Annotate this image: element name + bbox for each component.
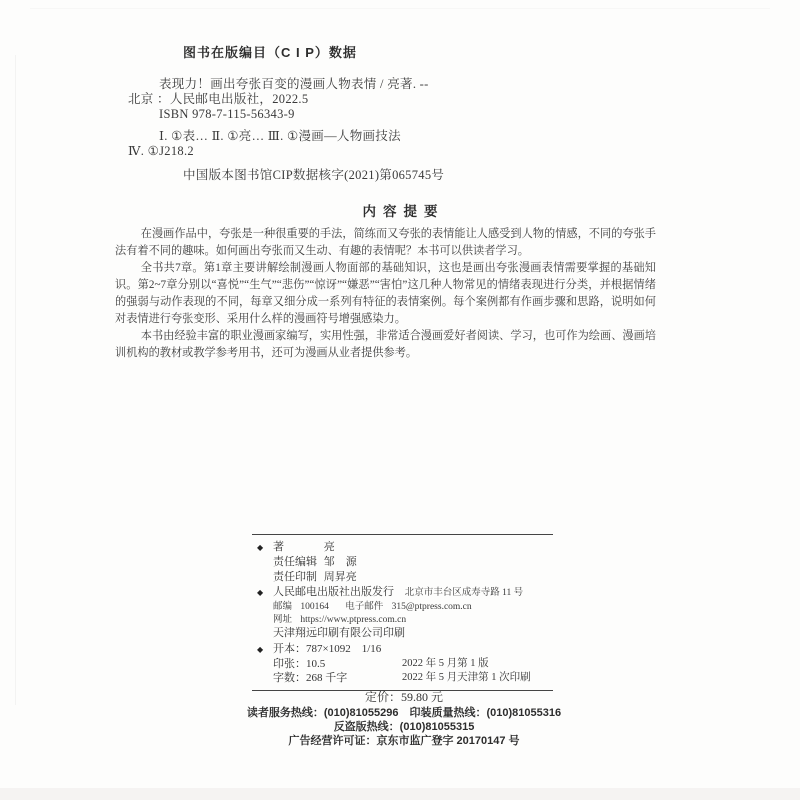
cip-classification-line-1: Ⅰ. ①表… Ⅱ. ①亮… Ⅲ. ①漫画—人物画技法	[128, 129, 444, 144]
editor-row: 责任编辑 邹 源	[252, 555, 553, 570]
editor-name: 邹 源	[324, 556, 357, 568]
publisher-name: 人民邮电出版社出版发行	[273, 586, 394, 598]
author-name: 亮	[324, 541, 335, 553]
content-summary-title: 内容提要	[0, 200, 800, 220]
colophon-block: ◆ 著 亮 责任编辑 邹 源 责任印制 周昇亮 ◆ 人民邮电出版社出版发行 北京…	[252, 534, 553, 691]
website-label: 网址	[273, 615, 292, 625]
publisher-row: ◆ 人民邮电出版社出版发行 北京市丰台区成寿寺路 11 号	[252, 585, 553, 601]
ad-license-line: 广告经营许可证：京东市监广登字 20170147 号	[0, 732, 800, 748]
page-edge-shadow-bottom	[0, 788, 800, 800]
printing-company: 天津翔远印刷有限公司印刷	[273, 627, 405, 639]
diamond-bullet-icon: ◆	[257, 644, 263, 655]
print-supervisor-label: 责任印制	[273, 570, 321, 585]
sheets-value: 印张：10.5	[273, 658, 325, 670]
editor-label: 责任编辑	[273, 555, 321, 570]
postcode-value: 100164	[300, 602, 329, 612]
cip-record-line: 中国版本图书馆CIP数据核字(2021)第065745号	[128, 168, 444, 183]
print-supervisor-name: 周昇亮	[324, 571, 357, 583]
sheets-edition-row: 印张：10.5 2022 年 5 月第 1 版	[252, 657, 553, 671]
page-edge-shadow-left	[15, 55, 16, 705]
cip-title-line: 表现力！画出夸张百变的漫画人物表情 / 亮著. --	[128, 77, 444, 92]
email-value: 315@ptpress.com.cn	[392, 602, 472, 612]
cip-classification-line-2: Ⅳ. ①J218.2	[128, 144, 444, 159]
printing-company-row: 天津翔远印刷有限公司印刷	[252, 626, 553, 640]
cip-isbn-line: ISBN 978-7-115-56343-9	[128, 107, 444, 122]
summary-paragraph-3: 本书由经验丰富的职业漫画家编写，实用性强，非常适合漫画爱好者阅读、学习，也可作为…	[115, 328, 656, 362]
print-supervisor-row: 责任印制 周昇亮	[252, 570, 553, 585]
summary-paragraph-1: 在漫画作品中，夸张是一种很重要的手法，简练而又夸张的表情能让人感受到人物的情感，…	[115, 226, 656, 260]
format-row: ◆ 开本：787×1092 1/16	[252, 642, 553, 657]
cip-header: 图书在版编目（C I P）数据	[183, 45, 444, 60]
price-line: 定价：59.80 元	[0, 688, 800, 705]
website-row: 网址 https://www.ptpress.com.cn	[252, 614, 553, 626]
format-value: 开本：787×1092 1/16	[273, 643, 381, 655]
author-row: ◆ 著 亮	[252, 540, 553, 555]
postcode-email-row: 邮编 100164 电子邮件 315@ptpress.com.cn	[252, 601, 553, 614]
postcode-label: 邮编	[273, 602, 292, 612]
summary-paragraph-2: 全书共7章。第1章主要讲解绘制漫画人物面部的基础知识，这也是画出夸张漫画表情需要…	[115, 260, 656, 328]
page-edge-shadow-top	[30, 8, 770, 9]
author-label: 著	[273, 540, 321, 555]
cip-city-line: 北京 ：人民邮电出版社，2022.5	[128, 92, 444, 107]
diamond-bullet-icon: ◆	[257, 542, 263, 553]
word-count-value: 字数：268 千字	[273, 672, 347, 684]
email-label: 电子邮件	[345, 602, 383, 612]
cip-block: 图书在版编目（C I P）数据 表现力！画出夸张百变的漫画人物表情 / 亮著. …	[128, 45, 444, 183]
website-value: https://www.ptpress.com.cn	[300, 615, 406, 625]
impression-value: 2022 年 5 月天津第 1 次印刷	[402, 671, 531, 685]
words-impression-row: 字数：268 千字 2022 年 5 月天津第 1 次印刷	[252, 671, 553, 685]
publisher-address: 北京市丰台区成寿寺路 11 号	[405, 588, 523, 598]
content-summary-body: 在漫画作品中，夸张是一种很重要的手法，简练而又夸张的表情能让人感受到人物的情感，…	[115, 226, 656, 362]
book-copyright-page: 图书在版编目（C I P）数据 表现力！画出夸张百变的漫画人物表情 / 亮著. …	[0, 0, 800, 800]
edition-value: 2022 年 5 月第 1 版	[402, 657, 489, 671]
diamond-bullet-icon: ◆	[257, 587, 263, 598]
